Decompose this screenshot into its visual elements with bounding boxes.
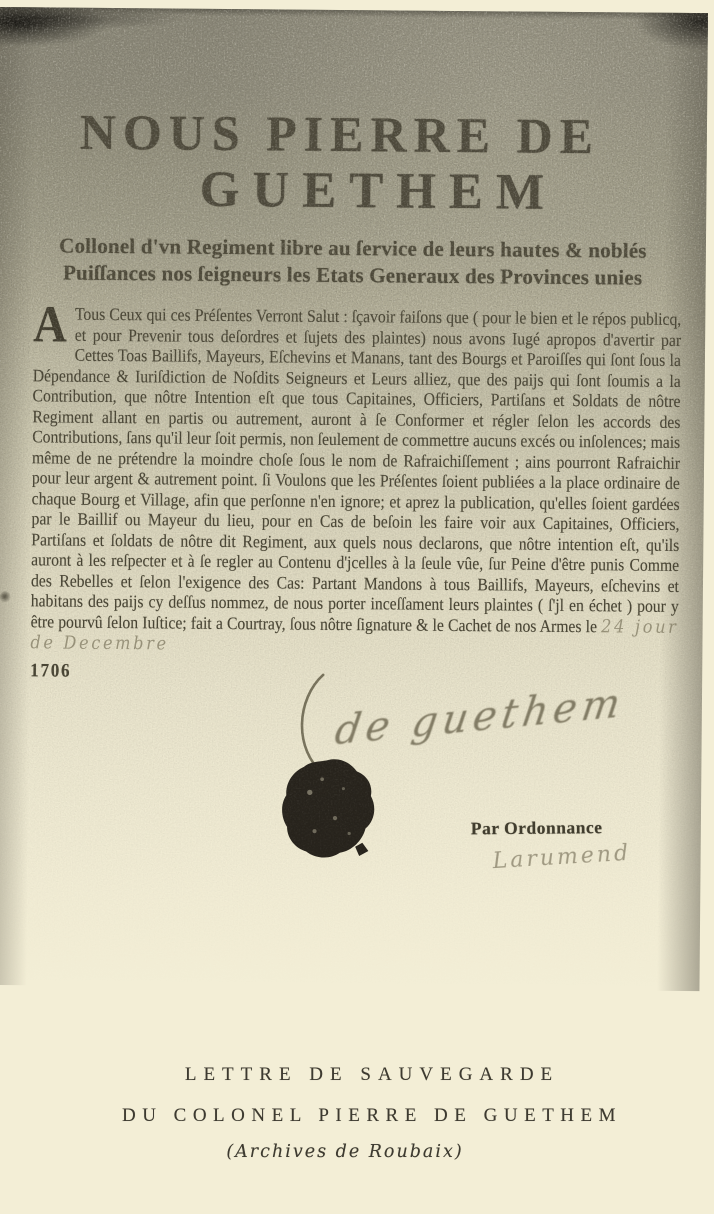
document-title-line2: GUETHEM — [0, 159, 707, 223]
document-title-line1: NOUS PIERRE DE — [0, 102, 707, 166]
body-text: Tous Ceux qui ces Préſentes Verront Salu… — [31, 304, 682, 636]
caption-line3: (Archives de Roubaix) — [0, 1142, 690, 1162]
document-subtitle-line1: Collonel d'vn Regiment libre au ſervice … — [28, 233, 678, 264]
clerk-signature: Larumend — [492, 841, 632, 874]
signature-text: de guethem — [332, 680, 628, 755]
caption-line1: LETTRE DE SAUVEGARDE — [30, 1064, 714, 1086]
book-page: NOUS PIERRE DE GUETHEM Collonel d'vn Reg… — [0, 0, 714, 1214]
dropcap-letter: A — [33, 305, 67, 345]
document-body: ATous Ceux qui ces Préſentes Verront Sal… — [30, 303, 681, 687]
document-photograph: NOUS PIERRE DE GUETHEM Collonel d'vn Reg… — [0, 7, 708, 991]
par-ordonnance-label: Par Ordonnance — [471, 817, 603, 839]
caption-line2: DU COLONEL PIERRE DE GUETHEM — [30, 1105, 714, 1127]
ink-blemish — [0, 591, 11, 603]
body-paragraph: ATous Ceux qui ces Préſentes Verront Sal… — [30, 303, 681, 659]
wax-seal-icon — [279, 756, 382, 865]
document-subtitle-line2: Puiſſances nos ſeigneurs les Etats Gener… — [28, 260, 678, 291]
